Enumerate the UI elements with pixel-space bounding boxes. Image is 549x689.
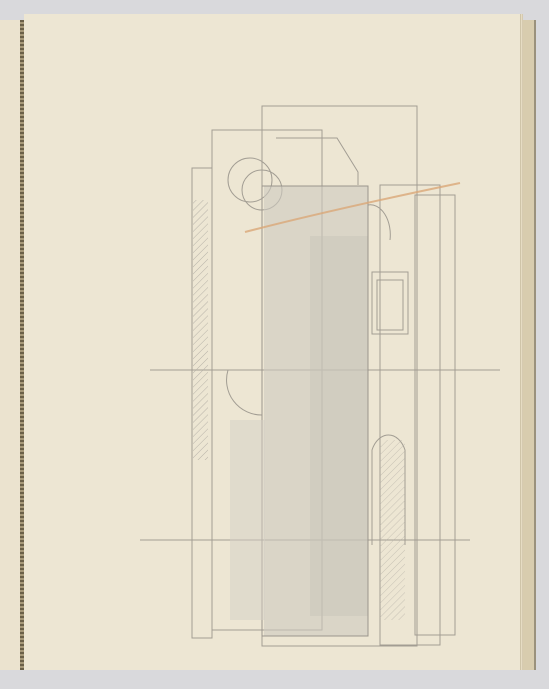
pencil-sketch bbox=[0, 0, 549, 689]
